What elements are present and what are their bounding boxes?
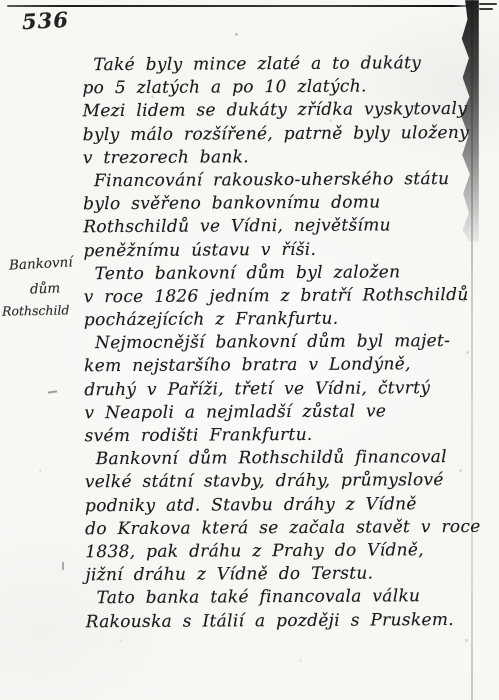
handwritten-body-text: Také byly mince zlaté a to dukáty po 5 z… [82, 52, 494, 634]
handwritten-line: peněžnímu ústavu v říši. [83, 237, 491, 263]
scan-registration-mark [479, 3, 497, 13]
handwritten-line: jižní dráhu z Vídně do Terstu. [85, 562, 493, 588]
handwritten-line: Bankovní dům Rothschildů financoval [85, 446, 493, 472]
handwritten-line: v trezorech bank. [83, 145, 491, 171]
handwritten-line: velké státní stavby, dráhy, průmyslové [85, 469, 493, 495]
margin-stray-dash [48, 390, 57, 393]
handwritten-line: Nejmocnější bankovní dům byl majet- [84, 330, 492, 356]
handwritten-line: v roce 1826 jedním z bratří Rothschildů [84, 284, 492, 310]
paper-speckles [0, 0, 1, 1]
handwritten-line: do Krakova která se začala stavět v roce [85, 516, 493, 542]
page-number: 536 [21, 7, 69, 34]
margin-note-line: Bankovní [9, 254, 73, 273]
handwritten-line: po 5 zlatých a po 10 zlatých. [82, 75, 490, 101]
scanned-manuscript-page: 536 Bankovní dům Rothschild Také byly mi… [0, 0, 499, 700]
handwritten-line: pocházejících z Frankfurtu. [84, 307, 492, 333]
handwritten-line: Mezi lidem se dukáty zřídka vyskytovaly [83, 98, 491, 124]
handwritten-line: Tento bankovní dům byl založen [84, 260, 492, 286]
margin-stray-tick [62, 562, 64, 570]
handwritten-line: bylo svěřeno bankovnímu domu [83, 191, 491, 217]
handwritten-line: v Neapoli a nejmladší zůstal ve [84, 400, 492, 426]
handwritten-line: kem nejstaršího bratra v Londýně, [84, 353, 492, 379]
registration-bar [479, 8, 493, 10]
scan-top-edge-line [7, 5, 472, 7]
handwritten-line: Rothschildů ve Vídni, největšímu [83, 214, 491, 240]
handwritten-line: 1838, pak dráhu z Prahy do Vídně, [85, 539, 493, 565]
margin-note-line: Rothschild [2, 302, 70, 318]
registration-bar [479, 3, 497, 5]
handwritten-line: druhý v Paříži, třetí ve Vídni, čtvrtý [84, 376, 492, 402]
handwritten-line: byly málo rozšířené, patrně byly uloženy [83, 121, 491, 147]
handwritten-line: svém rodišti Frankfurtu. [84, 423, 492, 449]
handwritten-line: Rakouska s Itálií a později s Pruskem. [86, 608, 494, 634]
handwritten-line: Financování rakousko-uherského státu [83, 168, 491, 194]
handwritten-line: podniky atd. Stavbu dráhy z Vídně [85, 492, 493, 518]
margin-note-line: dům [30, 280, 61, 297]
handwritten-line: Také byly mince zlaté a to dukáty [82, 52, 490, 78]
handwritten-line: Tato banka také financovala válku [85, 585, 493, 611]
